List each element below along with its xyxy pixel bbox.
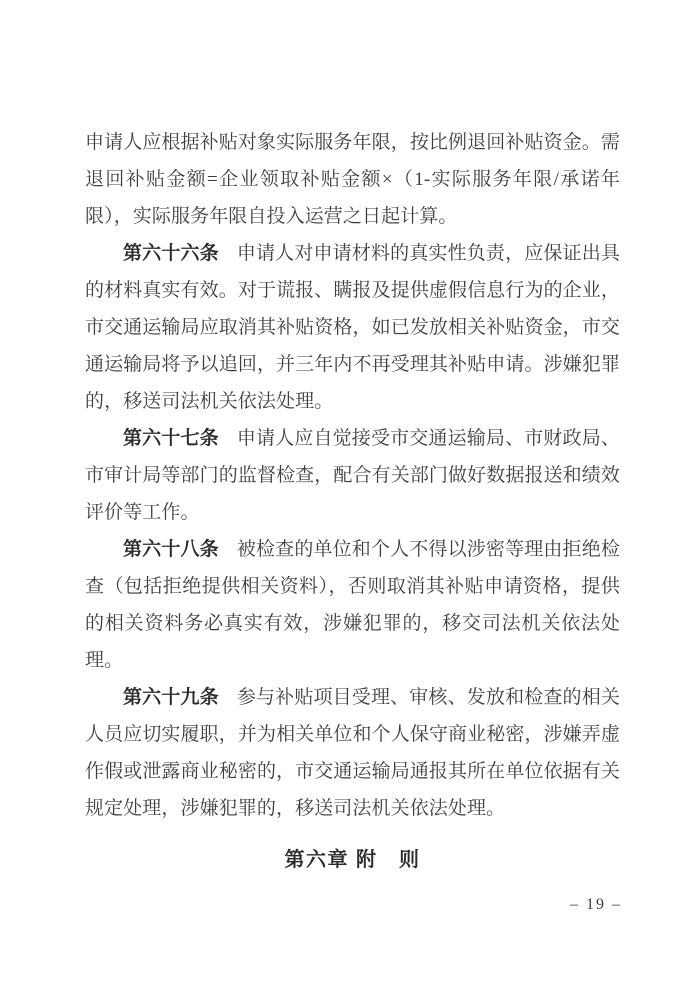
article-number: 第六十七条: [123, 428, 219, 449]
article-number: 第六十八条: [123, 539, 219, 560]
page-number: – 19 –: [570, 895, 622, 915]
paragraph-text: 申请人应根据补贴对象实际服务年限，按比例退回补贴资金。需退回补贴金额=企业领取补…: [85, 132, 620, 227]
paragraph-article-68: 第六十八条被检查的单位和个人不得以涉密等理由拒绝检查（包括拒绝提供相关资料），否…: [85, 531, 620, 679]
article-number: 第六十九条: [123, 687, 219, 708]
paragraph-article-67: 第六十七条申请人应自觉接受市交通运输局、市财政局、市审计局等部门的监督检查，配合…: [85, 420, 620, 531]
article-text: 申请人对申请材料的真实性负责，应保证出具的材料真实有效。对于谎报、瞒报及提供虚假…: [85, 243, 620, 412]
paragraph-article-69: 第六十九条参与补贴项目受理、审核、发放和检查的相关人员应切实履职，并为相关单位和…: [85, 679, 620, 827]
chapter-heading: 第六章 附 则: [85, 845, 620, 875]
document-page: 申请人应根据补贴对象实际服务年限，按比例退回补贴资金。需退回补贴金额=企业领取补…: [0, 0, 700, 990]
document-body: 申请人应根据补贴对象实际服务年限，按比例退回补贴资金。需退回补贴金额=企业领取补…: [85, 124, 620, 875]
paragraph-article-66: 第六十六条申请人对申请材料的真实性负责，应保证出具的材料真实有效。对于谎报、瞒报…: [85, 235, 620, 420]
paragraph-continuation: 申请人应根据补贴对象实际服务年限，按比例退回补贴资金。需退回补贴金额=企业领取补…: [85, 124, 620, 235]
article-number: 第六十六条: [123, 243, 219, 264]
